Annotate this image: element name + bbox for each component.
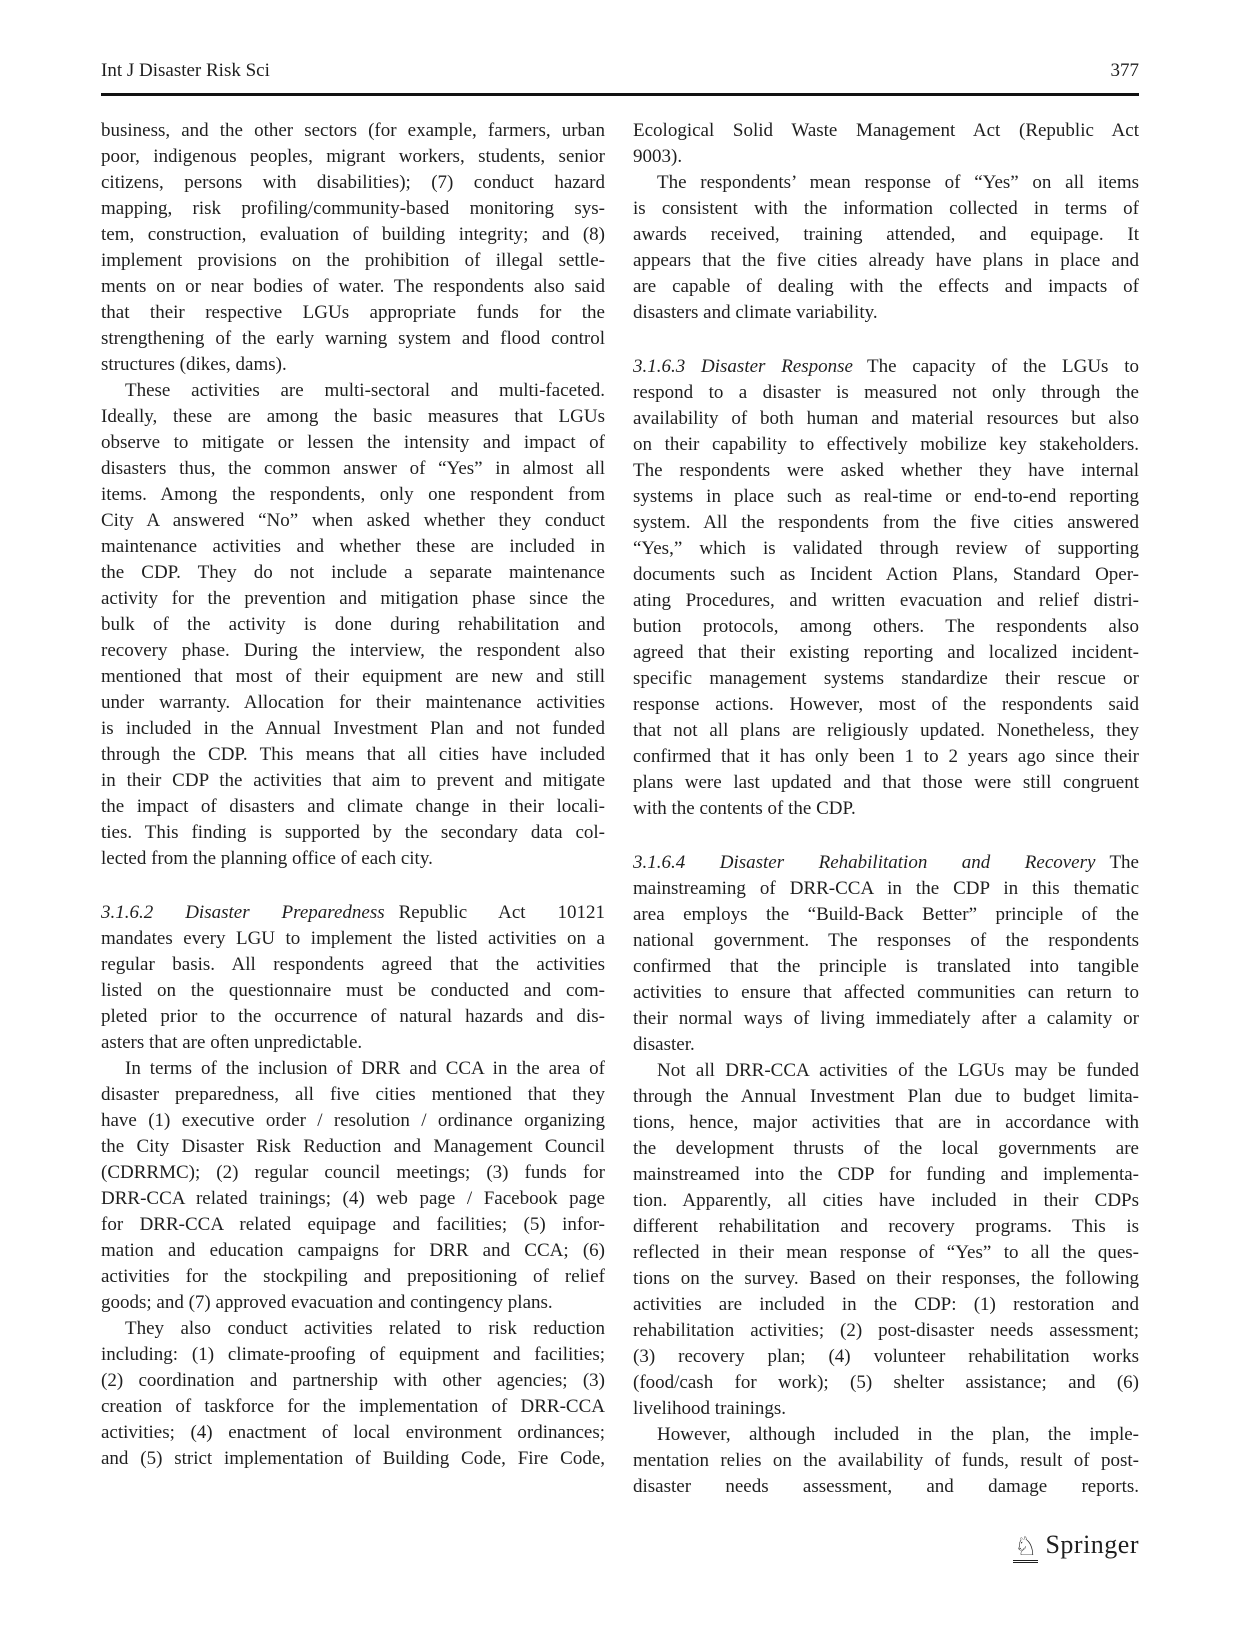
text-line: through the CDP. This means that all cit… xyxy=(101,742,605,768)
column-right: Ecological Solid Waste Management Act (R… xyxy=(633,118,1139,1500)
text-line: through the Annual Investment Plan due t… xyxy=(633,1084,1139,1110)
text-line: agreed that their existing reporting and… xyxy=(633,640,1139,666)
text-line: structures (dikes, dams). xyxy=(101,352,605,378)
text-line: mainstreaming of DRR-CCA in the CDP in t… xyxy=(633,876,1139,902)
paragraph: The respondents’ mean response of “Yes” … xyxy=(633,170,1139,326)
text-line: disaster preparedness, all five cities m… xyxy=(101,1082,605,1108)
text-line: tion. Apparently, all cities have includ… xyxy=(633,1188,1139,1214)
text-line: that their respective LGUs appropriate f… xyxy=(101,300,605,326)
publisher-footer: ♘Springer xyxy=(101,1530,1139,1563)
journal-page: Int J Disaster Risk Sci 377 business, an… xyxy=(0,0,1241,1648)
text-line: and (5) strict implementation of Buildin… xyxy=(101,1446,605,1472)
text-line: (food/cash for work); (5) shelter assist… xyxy=(633,1370,1139,1396)
text-line: mandates every LGU to implement the list… xyxy=(101,926,605,952)
text-line: tions, hence, major activities that are … xyxy=(633,1110,1139,1136)
text-line: that not all plans are religiously updat… xyxy=(633,718,1139,744)
text-line: response actions. However, most of the r… xyxy=(633,692,1139,718)
text-line: disasters thus, the common answer of “Ye… xyxy=(101,456,605,482)
text-line: recovery phase. During the interview, th… xyxy=(101,638,605,664)
text-line: strengthening of the early warning syste… xyxy=(101,326,605,352)
text-line: implement provisions on the prohibition … xyxy=(101,248,605,274)
paragraph: These activities are multi-sectoral and … xyxy=(101,378,605,872)
first-line-indent xyxy=(101,395,125,396)
text-line: ties. This finding is supported by the s… xyxy=(101,820,605,846)
text-line: confirmed that the principle is translat… xyxy=(633,954,1139,980)
text-line: activities; (4) enactment of local envir… xyxy=(101,1420,605,1446)
text-line: “Yes,” which is validated through review… xyxy=(633,536,1139,562)
journal-title: Int J Disaster Risk Sci xyxy=(101,60,270,82)
text-line: disasters and climate variability. xyxy=(633,300,1139,326)
text-line: creation of taskforce for the implementa… xyxy=(101,1394,605,1420)
text-line: disaster needs assessment, and damage re… xyxy=(633,1474,1139,1500)
text-line: items. Among the respondents, only one r… xyxy=(101,482,605,508)
text-line: the impact of disasters and climate chan… xyxy=(101,794,605,820)
text-line: tem, construction, evaluation of buildin… xyxy=(101,222,605,248)
text-line: awards received, training attended, and … xyxy=(633,222,1139,248)
text-line: with the contents of the CDP. xyxy=(633,796,1139,822)
section-heading: 3.1.6.4 Disaster Rehabilitation and Reco… xyxy=(633,852,1095,873)
text-line: In terms of the inclusion of DRR and CCA… xyxy=(101,1056,605,1082)
text-line: activities are included in the CDP: (1) … xyxy=(633,1292,1139,1318)
text-line: respond to a disaster is measured not on… xyxy=(633,380,1139,406)
text-line: activities to ensure that affected commu… xyxy=(633,980,1139,1006)
paragraph: However, although included in the plan, … xyxy=(633,1422,1139,1500)
springer-knight-icon: ♘ xyxy=(1013,1534,1038,1563)
text-line: ating Procedures, and written evacuation… xyxy=(633,588,1139,614)
text-line: system. All the respondents from the fiv… xyxy=(633,510,1139,536)
first-line-indent xyxy=(101,1333,125,1334)
text-line: maintenance activities and whether these… xyxy=(101,534,605,560)
text-line: national government. The responses of th… xyxy=(633,928,1139,954)
text-line: is included in the Annual Investment Pla… xyxy=(101,716,605,742)
text-line: listed on the questionnaire must be cond… xyxy=(101,978,605,1004)
first-line-indent xyxy=(633,187,657,188)
text-line: (2) coordination and partnership with ot… xyxy=(101,1368,605,1394)
text-line: bulk of the activity is done during reha… xyxy=(101,612,605,638)
section-heading: 3.1.6.3 Disaster Response xyxy=(633,356,853,377)
first-line-indent xyxy=(633,1439,657,1440)
paragraph: Not all DRR-CCA activities of the LGUs m… xyxy=(633,1058,1139,1422)
text-line: mainstreamed into the CDP for funding an… xyxy=(633,1162,1139,1188)
text-line: livelihood trainings. xyxy=(633,1396,1139,1422)
paragraph: business, and the other sectors (for exa… xyxy=(101,118,605,378)
text-line: on their capability to effectively mobil… xyxy=(633,432,1139,458)
text-line: mentation relies on the availability of … xyxy=(633,1448,1139,1474)
page-number: 377 xyxy=(1111,60,1140,82)
text-line: disaster. xyxy=(633,1032,1139,1058)
text-line: Not all DRR-CCA activities of the LGUs m… xyxy=(633,1058,1139,1084)
text-line: systems in place such as real-time or en… xyxy=(633,484,1139,510)
publisher-name: Springer xyxy=(1045,1530,1139,1559)
text-line: citizens, persons with disabilities); (7… xyxy=(101,170,605,196)
first-line-indent xyxy=(101,1073,125,1074)
text-line: appears that the five cities already hav… xyxy=(633,248,1139,274)
text-line: lected from the planning office of each … xyxy=(101,846,605,872)
text-line: mapping, risk profiling/community-based … xyxy=(101,196,605,222)
paragraph: Ecological Solid Waste Management Act (R… xyxy=(633,118,1139,170)
section-block: 3.1.6.4 Disaster Rehabilitation and Reco… xyxy=(633,850,1139,1058)
text-line: poor, indigenous peoples, migrant worker… xyxy=(101,144,605,170)
text-line: the City Disaster Risk Reduction and Man… xyxy=(101,1134,605,1160)
text-line: for DRR-CCA related equipage and facilit… xyxy=(101,1212,605,1238)
text-line: in their CDP the activities that aim to … xyxy=(101,768,605,794)
text-line: Ideally, these are among the basic measu… xyxy=(101,404,605,430)
text-line: under warranty. Allocation for their mai… xyxy=(101,690,605,716)
text-line: the development thrusts of the local gov… xyxy=(633,1136,1139,1162)
text-line: documents such as Incident Action Plans,… xyxy=(633,562,1139,588)
text-line: The respondents’ mean response of “Yes” … xyxy=(633,170,1139,196)
text-line: bution protocols, among others. The resp… xyxy=(633,614,1139,640)
text-line: These activities are multi-sectoral and … xyxy=(101,378,605,404)
text-line: 3.1.6.2 Disaster PreparednessRepublic Ac… xyxy=(101,900,605,926)
text-line: DRR-CCA related trainings; (4) web page … xyxy=(101,1186,605,1212)
text-line: different rehabilitation and recovery pr… xyxy=(633,1214,1139,1240)
text-line: 3.1.6.3 Disaster ResponseThe capacity of… xyxy=(633,354,1139,380)
text-line: pleted prior to the occurrence of natura… xyxy=(101,1004,605,1030)
section-block: 3.1.6.3 Disaster ResponseThe capacity of… xyxy=(633,354,1139,822)
text-line: tions on the survey. Based on their resp… xyxy=(633,1266,1139,1292)
text-line: the CDP. They do not include a separate … xyxy=(101,560,605,586)
text-line: plans were last updated and that those w… xyxy=(633,770,1139,796)
text-line: including: (1) climate-proofing of equip… xyxy=(101,1342,605,1368)
first-line-indent xyxy=(633,1075,657,1076)
text-line: mation and education campaigns for DRR a… xyxy=(101,1238,605,1264)
text-line: Ecological Solid Waste Management Act (R… xyxy=(633,118,1139,144)
text-line: area employs the “Build-Back Better” pri… xyxy=(633,902,1139,928)
text-line: They also conduct activities related to … xyxy=(101,1316,605,1342)
text-line: regular basis. All respondents agreed th… xyxy=(101,952,605,978)
text-line: ments on or near bodies of water. The re… xyxy=(101,274,605,300)
column-left: business, and the other sectors (for exa… xyxy=(101,118,605,1472)
text-line: rehabilitation activities; (2) post-disa… xyxy=(633,1318,1139,1344)
text-line: confirmed that it has only been 1 to 2 y… xyxy=(633,744,1139,770)
text-line: activity for the prevention and mitigati… xyxy=(101,586,605,612)
text-line: reflected in their mean response of “Yes… xyxy=(633,1240,1139,1266)
header-rule xyxy=(101,93,1139,96)
text-line: However, although included in the plan, … xyxy=(633,1422,1139,1448)
text-line: goods; and (7) approved evacuation and c… xyxy=(101,1290,605,1316)
text-line: observe to mitigate or lessen the intens… xyxy=(101,430,605,456)
text-line: availability of both human and material … xyxy=(633,406,1139,432)
text-line: are capable of dealing with the effects … xyxy=(633,274,1139,300)
paragraph: In terms of the inclusion of DRR and CCA… xyxy=(101,1056,605,1316)
text-line: asters that are often unpredictable. xyxy=(101,1030,605,1056)
section-heading: 3.1.6.2 Disaster Preparedness xyxy=(101,902,385,923)
paragraph: They also conduct activities related to … xyxy=(101,1316,605,1472)
text-line: is consistent with the information colle… xyxy=(633,196,1139,222)
text-line: activities for the stockpiling and prepo… xyxy=(101,1264,605,1290)
text-line: (CDRRMC); (2) regular council meetings; … xyxy=(101,1160,605,1186)
text-line: mentioned that most of their equipment a… xyxy=(101,664,605,690)
text-line: City A answered “No” when asked whether … xyxy=(101,508,605,534)
section-block: 3.1.6.2 Disaster PreparednessRepublic Ac… xyxy=(101,900,605,1056)
text-line: specific management systems standardize … xyxy=(633,666,1139,692)
text-line: have (1) executive order / resolution / … xyxy=(101,1108,605,1134)
text-line: The respondents were asked whether they … xyxy=(633,458,1139,484)
text-line: (3) recovery plan; (4) volunteer rehabil… xyxy=(633,1344,1139,1370)
running-head: Int J Disaster Risk Sci 377 xyxy=(101,60,1139,86)
text-line: 3.1.6.4 Disaster Rehabilitation and Reco… xyxy=(633,850,1139,876)
text-line: 9003). xyxy=(633,144,1139,170)
text-line: their normal ways of living immediately … xyxy=(633,1006,1139,1032)
text-line: business, and the other sectors (for exa… xyxy=(101,118,605,144)
